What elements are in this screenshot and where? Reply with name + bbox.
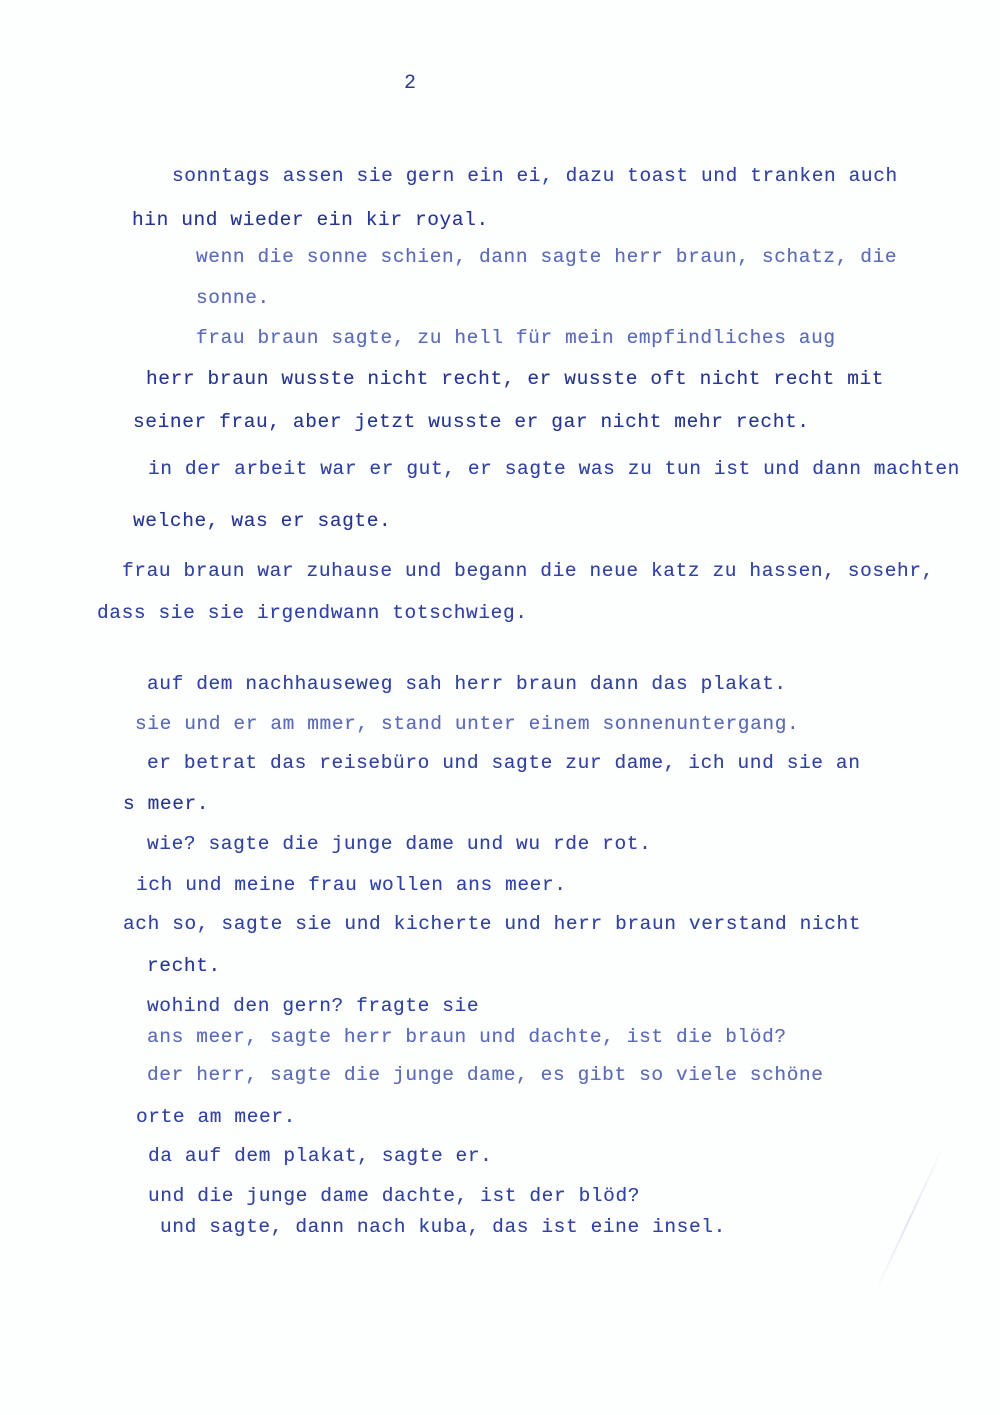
text-line: ich und meine frau wollen ans meer. <box>136 874 567 896</box>
text-line: wohind den gern? fragte sie <box>147 995 479 1017</box>
text-line: herr braun wusste nicht recht, er wusste… <box>146 368 884 390</box>
text-line: der herr, sagte die junge dame, es gibt … <box>147 1064 824 1086</box>
text-line: sonne. <box>196 287 270 309</box>
text-line: frau braun war zuhause und begann die ne… <box>122 560 934 582</box>
text-line: wenn die sonne schien, dann sagte herr b… <box>196 246 897 268</box>
text-line: ach so, sagte sie und kicherte und herr … <box>123 913 861 935</box>
text-line: er betrat das reisebüro und sagte zur da… <box>147 752 861 774</box>
text-line: s meer. <box>123 793 209 815</box>
text-line: und sagte, dann nach kuba, das ist eine … <box>160 1216 726 1238</box>
text-line: in der arbeit war er gut, er sagte was z… <box>148 458 960 480</box>
text-line: da auf dem plakat, sagte er. <box>148 1145 492 1167</box>
text-line: dass sie sie irgendwann totschwieg. <box>97 602 528 624</box>
text-line: seiner frau, aber jetzt wusste er gar ni… <box>133 411 810 433</box>
text-line: sonntags assen sie gern ein ei, dazu toa… <box>172 165 898 187</box>
typewritten-page: 2 sonntags assen sie gern ein ei, dazu t… <box>0 0 1000 1415</box>
text-line: auf dem nachhauseweg sah herr braun dann… <box>147 673 787 695</box>
text-line: hin und wieder ein kir royal. <box>132 209 489 231</box>
text-line: recht. <box>147 955 221 977</box>
text-line: frau braun sagte, zu hell für mein empfi… <box>196 327 836 349</box>
page-number: 2 <box>404 72 416 95</box>
text-line: welche, was er sagte. <box>133 510 391 532</box>
text-line: und die junge dame dachte, ist der blöd? <box>148 1185 640 1207</box>
text-line: ans meer, sagte herr braun und dachte, i… <box>147 1026 787 1048</box>
text-line: wie? sagte die junge dame und wu rde rot… <box>147 833 651 855</box>
text-line: orte am meer. <box>136 1106 296 1128</box>
paper-fold-mark <box>874 1147 943 1293</box>
text-line: sie und er am mmer, stand unter einem so… <box>135 713 799 735</box>
